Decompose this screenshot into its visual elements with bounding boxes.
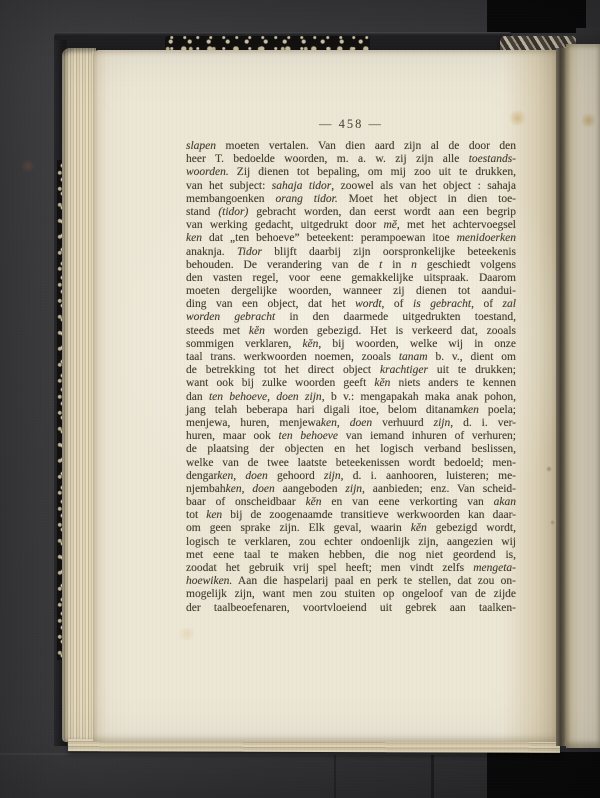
text-line: de plaatsing der objecten en het logisch… [186, 443, 516, 456]
text-line: van het subject: sahaja tidor, zoowel al… [186, 180, 516, 193]
text-line: behouden. De verandering van de t in n g… [186, 259, 516, 272]
text-line: den vasten regel, voor eene gemakkelijke… [186, 272, 516, 285]
text-line: hoewiken. Aan die haspelarij paal en per… [186, 575, 516, 588]
text-line: heer T. bedoelde woorden, m. a. w. zij z… [186, 153, 516, 166]
text-line: mogelijk zijn, want men zou stuiten op o… [186, 588, 516, 601]
text-line: ken dat „ten behoeve” beteekent: perampo… [186, 232, 516, 245]
facing-page-edge [566, 44, 600, 748]
text-line: want ook bij zulke woorden geeft kĕn nie… [186, 377, 516, 390]
text-line: dan ten behoeve, doen zijn, b v.: mengap… [186, 391, 516, 404]
text-line: moeten dergelijke woorden, wanneer zij d… [186, 285, 516, 298]
scanner-cradle-seam [431, 755, 434, 798]
text-line: woorden. Zij dienen tot bepaling, om mij… [186, 166, 516, 179]
scanner-cradle-seam [334, 755, 336, 798]
text-line: jang telah beberapa hari digali itoe, be… [186, 404, 516, 417]
text-line: der taalbeoefenaren, voortvloeiend uit g… [186, 602, 516, 615]
book-scan: — 458 — slapen moeten vertalen. Van dien… [0, 0, 600, 798]
text-line: slapen moeten vertalen. Van dien aard zi… [186, 140, 516, 153]
text-line: met eene taal te maken hebben, die nog n… [186, 549, 516, 562]
page-text-lines: slapen moeten vertalen. Van dien aard zi… [186, 140, 516, 615]
scan-void-bottom-right [487, 752, 600, 798]
page-number: — 458 — [186, 117, 516, 132]
text-line: zoodat het gebruik vrij spel heeft; men … [186, 562, 516, 575]
paper-stain [22, 158, 34, 174]
text-line: logisch te verklaren, zou echter ondoenl… [186, 536, 516, 549]
text-line: anaknja. Tidor blijft daarbij zijn oorsp… [186, 246, 516, 259]
text-line: membangoenken orang tidor. Moet het obje… [186, 193, 516, 206]
text-line: worden gebracht in den daarmede uitgedru… [186, 311, 516, 324]
text-line: njembahken, doen aangeboden zijn, aanbie… [186, 483, 516, 496]
text-line: stand (tidor) gebracht worden, dan eerst… [186, 206, 516, 219]
text-line: om geen sprake zijn. Elk geval, waarin k… [186, 522, 516, 535]
text-line: de betrekking tot het direct object krac… [186, 364, 516, 377]
text-line: tot ken bij de zoogenaamde transitieve w… [186, 509, 516, 522]
text-line: menjewa, huren, menjewaken, doen verhuur… [186, 417, 516, 430]
page-edge-stack-left [62, 48, 96, 742]
scan-void-top-right [487, 0, 586, 33]
page-gutter [556, 48, 566, 746]
text-line: welke van de twee laatste beteekenissen … [186, 457, 516, 470]
text-line: sommigen verklaren, kĕn, bij woorden, we… [186, 338, 516, 351]
text-line: dengarken, doen gehoord zijn, d. i. aanh… [186, 470, 516, 483]
text-line: huren, maar ook ten behoeve van iemand i… [186, 430, 516, 443]
text-line: ding van een object, dat het wordt, of i… [186, 298, 516, 311]
text-line: van werking gedacht, uitgedrukt door mĕ,… [186, 219, 516, 232]
text-line: taal trans. werkwoorden noemen, zooals t… [186, 351, 516, 364]
page-text: — 458 — slapen moeten vertalen. Van dien… [186, 117, 516, 615]
text-line: steeds met kĕn worden gebezigd. Het is v… [186, 325, 516, 338]
text-line: baar of onscheidbaar kĕn en van eene ver… [186, 496, 516, 509]
